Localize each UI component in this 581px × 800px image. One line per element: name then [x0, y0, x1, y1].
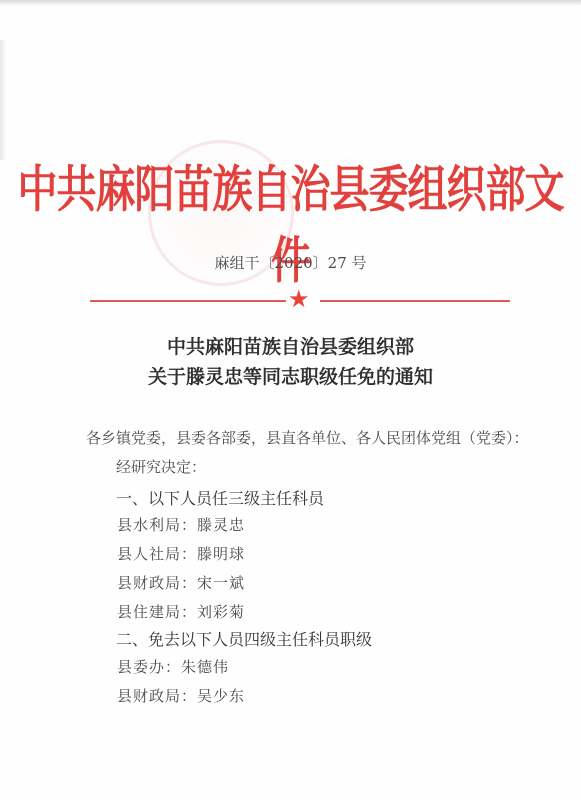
red-divider-right	[320, 300, 510, 302]
list-item: 县财政局：宋一斌	[117, 572, 245, 593]
document-page: 中共麻阳苗族自治县委组织部文件 麻组干〔2020〕27 号 ★ 中共麻阳苗族自治…	[0, 0, 581, 800]
intro-text: 经研究决定：	[116, 456, 206, 477]
section-title-appoint: 一、以下人员任三级主任科员	[116, 486, 324, 509]
scan-edge-left	[0, 40, 6, 160]
notice-heading-line1: 中共麻阳苗族自治县委组织部	[0, 332, 581, 359]
person-name: 滕明球	[197, 545, 245, 563]
notice-heading-line2: 关于滕灵忠等同志职级任免的通知	[0, 362, 581, 389]
unit-label: 县财政局：	[117, 687, 197, 705]
salutation: 各乡镇党委，县委各部委，县直各单位、各人民团体党组（党委）：	[86, 427, 529, 448]
person-name: 吴少东	[197, 687, 245, 705]
list-item: 县人社局：滕明球	[117, 543, 245, 564]
red-divider-left	[90, 300, 286, 302]
document-number: 麻组干〔2020〕27 号	[0, 252, 581, 273]
unit-label: 县委办：	[117, 658, 181, 676]
list-item: 县委办：朱德伟	[117, 656, 229, 677]
unit-label: 县财政局：	[117, 574, 197, 592]
scan-edge-top	[0, 0, 581, 6]
list-item: 县住建局：刘彩菊	[117, 601, 245, 622]
unit-label: 县水利局：	[117, 516, 197, 534]
unit-label: 县人社局：	[117, 545, 197, 563]
person-name: 刘彩菊	[197, 603, 245, 621]
list-item: 县水利局：滕灵忠	[117, 514, 245, 535]
person-name: 宋一斌	[197, 574, 245, 592]
person-name: 滕灵忠	[197, 516, 245, 534]
star-icon: ★	[288, 287, 310, 311]
unit-label: 县住建局：	[117, 603, 197, 621]
list-item: 县财政局：吴少东	[117, 685, 245, 706]
person-name: 朱德伟	[181, 658, 229, 676]
section-title-dismiss: 二、免去以下人员四级主任科员职级	[116, 627, 372, 650]
